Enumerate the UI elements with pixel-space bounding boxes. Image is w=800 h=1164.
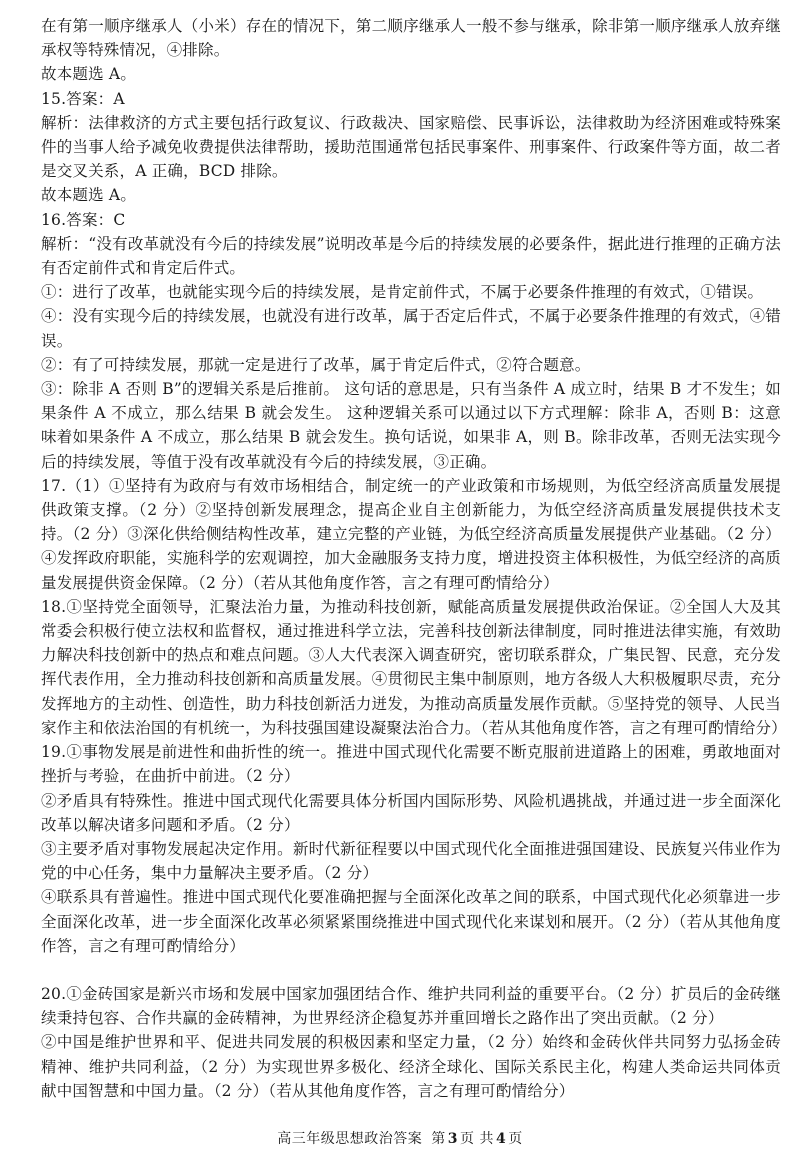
footer-page-suffix: 页 [508,1131,523,1147]
footer-page-prefix: 第 [431,1131,446,1147]
paragraph-q16-answer: 16.答案：C [41,208,781,232]
page-footer: 高三年级思想政治答案 第3页 共4页 [0,1128,800,1148]
footer-page-current: 3 [448,1131,458,1147]
paragraph-q16-option-1: ①：进行了改革，也就能实现今后的持续发展，是肯定前件式，不属于必要条件推理的有效… [41,280,781,304]
paragraph-q15-analysis: 解析：法律救济的方式主要包括行政复议、行政裁决、国家赔偿、民事诉讼，法律救助为经… [41,111,781,184]
paragraph-q17: 17.（1）①坚持有为政府与有效市场相结合，制定统一的产业政策和市场规则，为低空… [41,474,781,595]
footer-page-total: 4 [496,1131,506,1147]
footer-page-mid: 页 共 [460,1131,494,1147]
paragraph-q19-point-2: ②矛盾具有特殊性。推进中国式现代化需要具体分析国内国际形势、风险机遇挑战，并通过… [41,789,781,837]
paragraph-q19-point-4: ④联系具有普遍性。推进中国式现代化要准确把握与全面深化改革之间的联系，中国式现代… [41,885,781,958]
footer-title: 高三年级思想政治答案 [277,1131,422,1147]
paragraph-q20-point-2: ②中国是维护世界和平、促进共同发展的积极因素和坚定力量，（2 分）始终和金砖伙伴… [41,1030,781,1103]
paragraph-q16-option-4: ④：没有实现今后的持续发展，也就没有进行改革，属于否定后件式，不属于必要条件推理… [41,304,781,352]
paragraph-spacer [41,958,781,982]
paragraph-q16-option-2: ②：有了可持续发展，那就一定是进行了改革，属于肯定后件式，②符合题意。 [41,353,781,377]
paragraph-q18: 18.①坚持党全面领导，汇聚法治力量，为推动科技创新，赋能高质量发展提供政治保证… [41,595,781,740]
paragraph-q16-analysis: 解析：“没有改革就没有今后的持续发展”说明改革是今后的持续发展的必要条件，据此进… [41,232,781,280]
answer-document: 在有第一顺序继承人（小米）存在的情况下，第二顺序继承人一般不参与继承，除非第一顺… [41,14,781,1103]
paragraph-q19-point-1: 19.①事物发展是前进性和曲折性的统一。推进中国式现代化需要不断克服前进道路上的… [41,740,781,788]
paragraph-q15-conclusion: 故本题选 A。 [41,183,781,207]
paragraph-q20-point-1: 20.①金砖国家是新兴市场和发展中国家加强团结合作、维护共同利益的重要平台。（2… [41,982,781,1030]
paragraph-q14-tail: 在有第一顺序继承人（小米）存在的情况下，第二顺序继承人一般不参与继承，除非第一顺… [41,14,781,62]
paragraph-q19-point-3: ③主要矛盾对事物发展起决定作用。新时代新征程要以中国式现代化全面推进强国建设、民… [41,837,781,885]
paragraph-q14-conclusion: 故本题选 A。 [41,62,781,86]
paragraph-q16-option-3: ③：除非 A 否则 B”的逻辑关系是后推前。 这句话的意思是，只有当条件 A 成… [41,377,781,474]
paragraph-q15-answer: 15.答案：A [41,87,781,111]
